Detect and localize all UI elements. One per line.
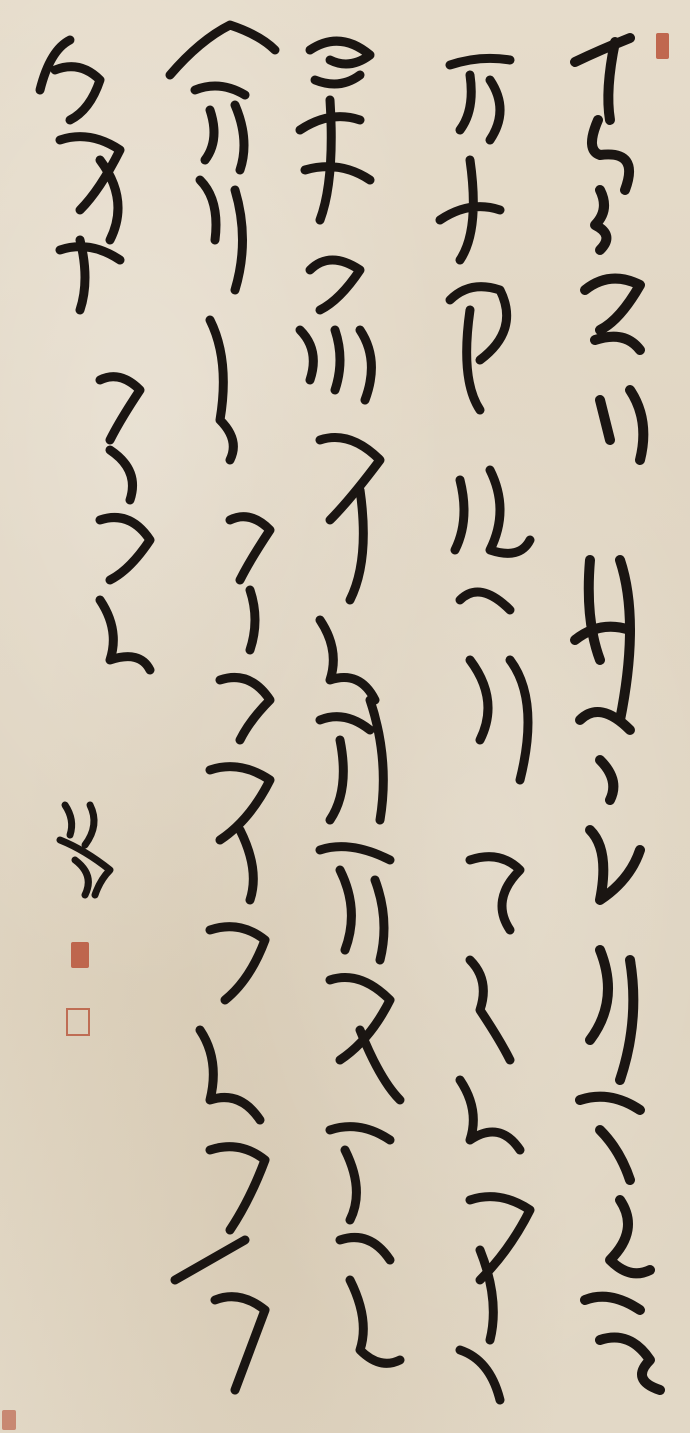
column-3 (300, 41, 400, 1363)
calligraphy-scroll (0, 0, 690, 1433)
column-1 (575, 38, 660, 1390)
column-5 (40, 40, 150, 670)
calligraphy-strokes (0, 0, 690, 1433)
column-2 (440, 58, 530, 1400)
signature (60, 805, 110, 895)
column-4 (170, 25, 275, 1390)
